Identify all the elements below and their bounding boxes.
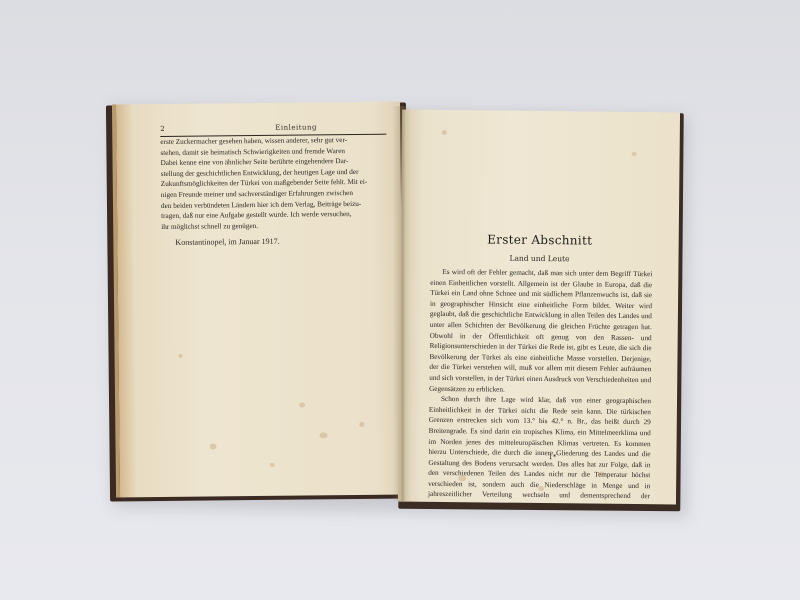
foxing-spot bbox=[442, 130, 447, 135]
left-page-text: erste Zuckermacher gesehen haben, wissen… bbox=[160, 135, 387, 249]
foxing-spot bbox=[299, 403, 305, 408]
foxing-spot bbox=[210, 443, 217, 449]
foxing-spot bbox=[598, 472, 605, 477]
chapter-heading: Erster Abschnitt bbox=[401, 232, 679, 249]
signature-line: Konstantinopel, im Januar 1917. bbox=[175, 236, 387, 249]
page-signature: 1* bbox=[548, 453, 556, 461]
text-line: ihr möglichst schnell zu genügen. bbox=[161, 219, 387, 232]
foxing-spot bbox=[270, 463, 275, 467]
foxing-spot bbox=[458, 475, 466, 481]
foxing-spot bbox=[319, 432, 327, 438]
paragraph: Es wird oft der Fehler gemacht, daß man … bbox=[429, 267, 652, 396]
left-page: 2 Einleitung erste Zuckermacher gesehen … bbox=[112, 102, 404, 498]
right-page-text: Es wird oft der Fehler gemacht, daß man … bbox=[427, 267, 652, 505]
right-page: Erster Abschnitt Land und Leute Es wird … bbox=[398, 110, 680, 505]
foxing-spot bbox=[632, 152, 637, 156]
chapter-subheading: Land und Leute bbox=[400, 253, 678, 265]
running-head-title: Einleitung bbox=[275, 123, 317, 131]
foxing-spot bbox=[359, 422, 364, 427]
foxing-spot bbox=[179, 354, 183, 358]
book-gutter bbox=[393, 106, 411, 501]
foxing-spot bbox=[538, 486, 544, 491]
page-number: 2 bbox=[160, 125, 165, 133]
